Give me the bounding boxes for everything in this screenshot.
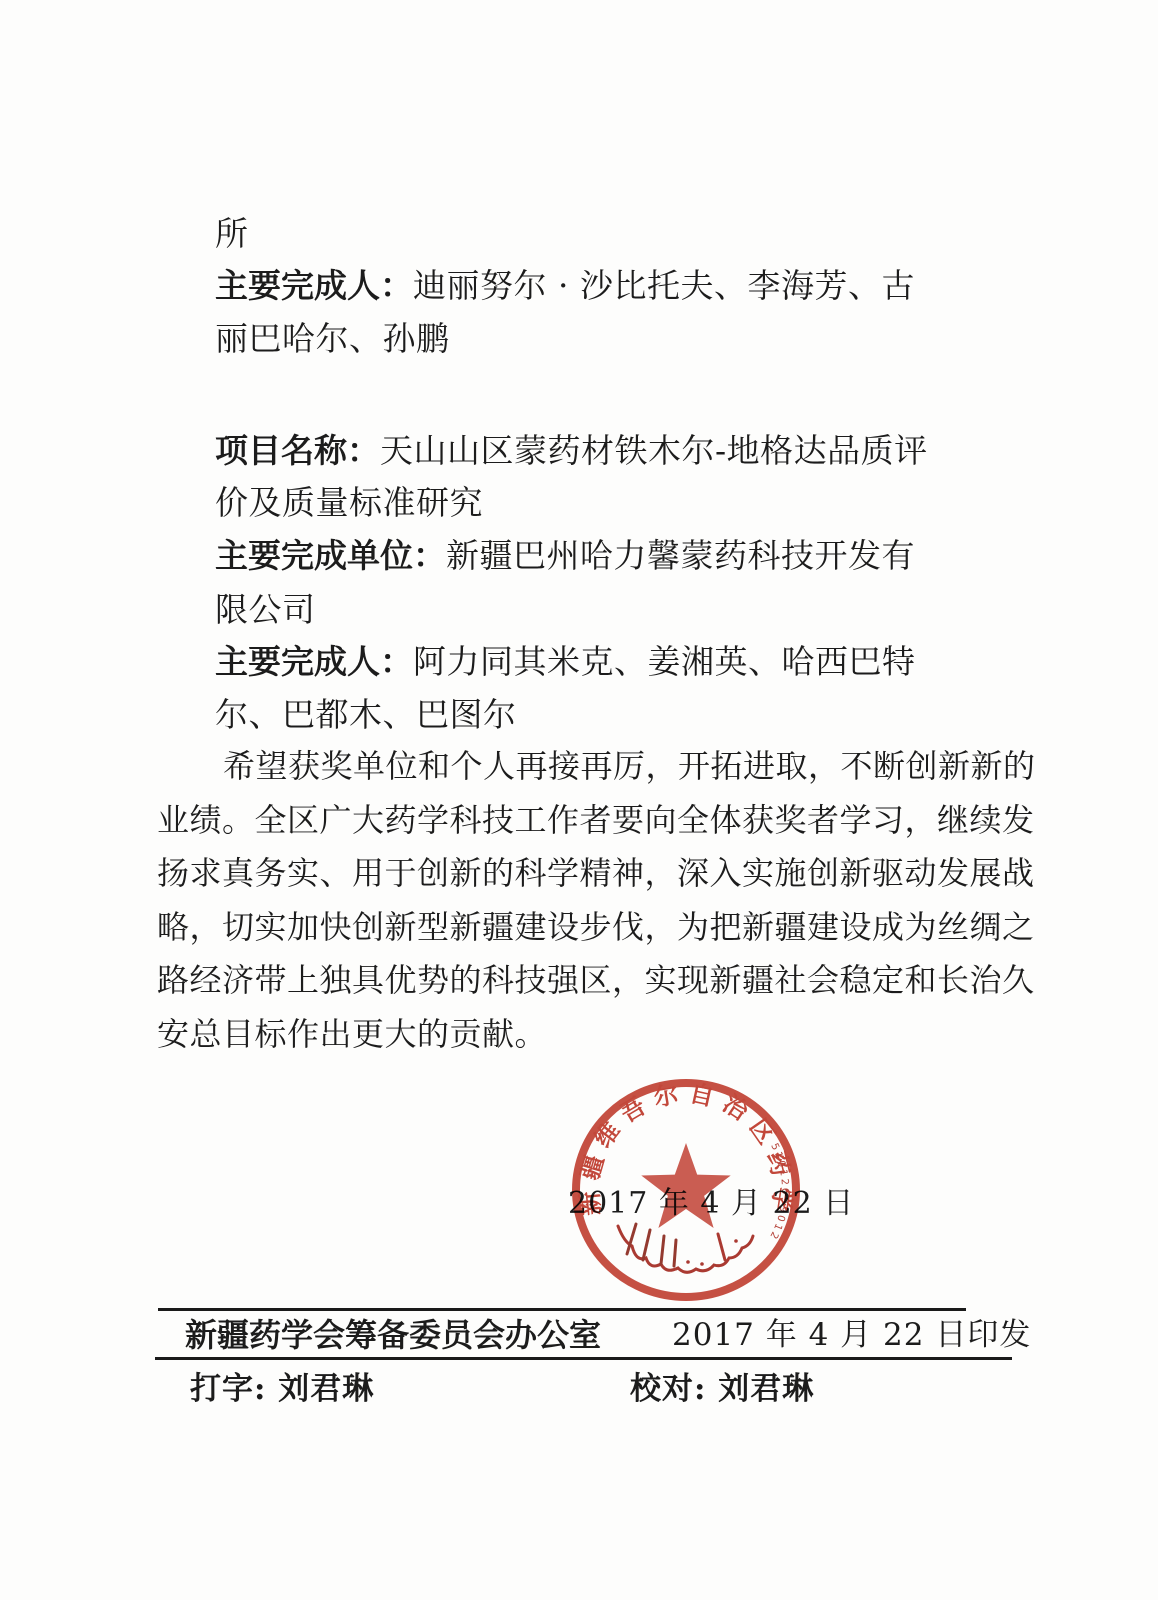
paragraph-line: 业绩。全区广大药学科技工作者要向全体获奖者学习，继续发	[157, 794, 1057, 848]
unit-label: 主要完成单位：	[215, 536, 446, 575]
official-seal: 新疆维吾尔自治区药学会 51012699012	[566, 1076, 806, 1308]
seal-star-icon	[641, 1143, 730, 1228]
unit-name-wrap-line: 所	[215, 214, 249, 254]
project-title-wrap: 价及质量标准研究	[215, 483, 483, 522]
entry1-people-line2: 丽巴哈尔、孙鹏	[215, 319, 450, 359]
entry1-people-line1: 主要完成人：迪丽努尔 · 沙比托夫、李海芳、古	[215, 266, 915, 306]
people-names-wrap: 丽巴哈尔、孙鹏	[215, 319, 450, 358]
entry2-people-line1: 主要完成人：阿力同其米克、姜湘英、哈西巴特	[215, 642, 916, 682]
people-names: 阿力同其米克、姜湘英、哈西巴特	[413, 642, 916, 681]
document-page: 所 主要完成人：迪丽努尔 · 沙比托夫、李海芳、古 丽巴哈尔、孙鹏 项目名称：天…	[0, 0, 1158, 1600]
footer-divider-top	[158, 1308, 966, 1311]
people-names: 迪丽努尔 · 沙比托夫、李海芳、古	[413, 266, 915, 305]
people-label: 主要完成人：	[215, 266, 413, 305]
paragraph-line: 扬求真务实、用于创新的科学精神，深入实施创新驱动发展战	[157, 847, 1057, 901]
entry2-unit-line2: 限公司	[215, 590, 316, 630]
paragraph-line: 路经济带上独具优势的科技强区，实现新疆社会稳定和长治久	[157, 954, 1057, 1008]
unit-name: 新疆巴州哈力馨蒙药科技开发有	[446, 536, 915, 575]
project-label: 项目名称：	[215, 431, 380, 470]
footer-proofreader: 校对: 刘君琳	[630, 1368, 814, 1410]
paragraph-line: 安总目标作出更大的贡献。	[157, 1008, 1057, 1062]
people-label: 主要完成人：	[215, 642, 413, 681]
unit-name-wrap: 限公司	[215, 590, 316, 629]
project-title: 天山山区蒙药材铁木尔-地格达品质评	[380, 431, 928, 470]
seal-uyghur-script	[618, 1224, 753, 1272]
entry2-project-line1: 项目名称：天山山区蒙药材铁木尔-地格达品质评	[215, 431, 928, 471]
entry2-project-line2: 价及质量标准研究	[215, 483, 483, 523]
paragraph-line: 略，切实加快创新型新疆建设步伐，为把新疆建设成为丝绸之	[157, 901, 1057, 955]
entry2-people-line2: 尔、巴都木、巴图尔	[215, 695, 517, 735]
people-names-wrap: 尔、巴都木、巴图尔	[215, 695, 517, 734]
footer-print-date: 2017 年 4 月 22 日印发	[672, 1314, 1031, 1356]
footer-divider-bottom	[155, 1357, 1012, 1360]
paragraph-line: 希望获奖单位和个人再接再厉，开拓进取，不断创新新的	[157, 740, 1057, 794]
unit-wrap-text: 所	[215, 214, 249, 253]
footer-office-name: 新疆药学会筹备委员会办公室	[185, 1314, 601, 1356]
closing-paragraph: 希望获奖单位和个人再接再厉，开拓进取，不断创新新的 业绩。全区广大药学科技工作者…	[157, 740, 1057, 1061]
entry2-unit-line1: 主要完成单位：新疆巴州哈力馨蒙药科技开发有	[215, 536, 915, 576]
footer-typist: 打字: 刘君琳	[190, 1368, 374, 1410]
